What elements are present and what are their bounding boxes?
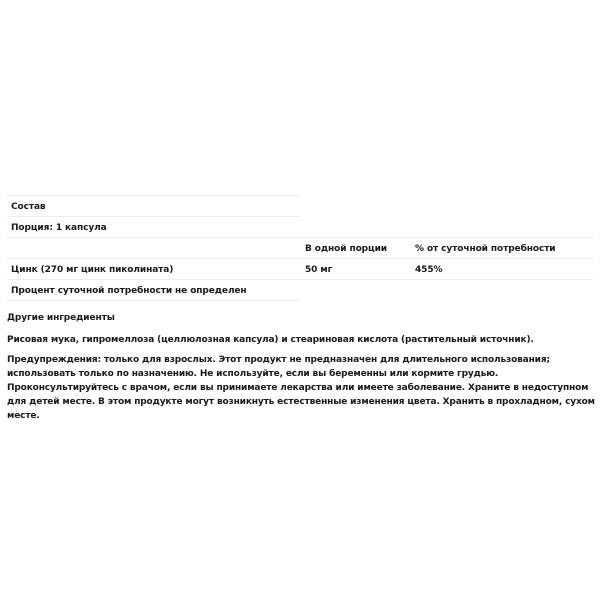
divider: [7, 195, 300, 196]
divider: [7, 216, 300, 217]
column-header-dv: % от суточной потребности: [415, 244, 556, 254]
nutrient-name: Цинк (270 мг цинк пиколината): [11, 265, 173, 275]
other-ingredients-text: Рисовая мука, гипромеллоза (целлюлозная …: [7, 333, 597, 347]
warnings-text: Предупреждения: только для взрослых. Это…: [7, 353, 597, 423]
divider: [7, 300, 300, 301]
divider: [7, 279, 593, 280]
nutrient-amount: 50 мг: [305, 265, 332, 275]
serving-size: Порция: 1 капсула: [11, 223, 107, 233]
divider: [7, 258, 593, 259]
divider: [7, 237, 593, 238]
table-title: Состав: [11, 202, 46, 212]
footnote: Процент суточной потребности не определе…: [11, 286, 247, 296]
nutrient-dv: 455%: [415, 265, 442, 275]
other-ingredients-heading: Другие ингредиенты: [7, 313, 115, 323]
column-header-amount: В одной порции: [305, 244, 387, 254]
